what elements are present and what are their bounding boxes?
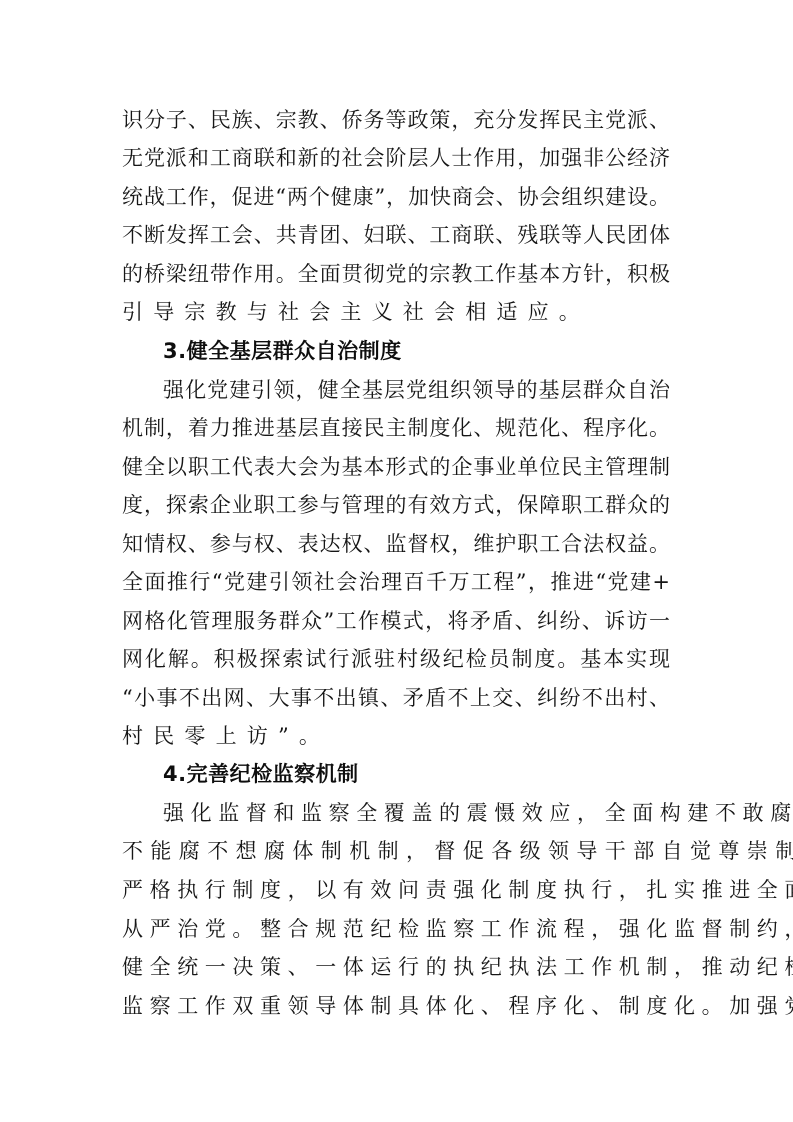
paragraph-line: 不能腐不想腐体制机制，督促各级领导干部自觉尊崇制度、 — [122, 836, 793, 866]
paragraph-line: 机制，着力推进基层直接民主制度化、规范化、程序化。 — [122, 413, 670, 443]
paragraph-line: 识分子、民族、宗教、侨务等政策，充分发挥民主党派、 — [122, 105, 670, 135]
paragraph-line: 健全以职工代表大会为基本形式的企事业单位民主管理制 — [122, 452, 670, 482]
section-heading: 3.健全基层群众自治制度 — [163, 336, 402, 366]
paragraph-line: 无党派和工商联和新的社会阶层人士作用，加强非公经济 — [122, 143, 670, 173]
section-heading: 4.完善纪检监察机制 — [163, 759, 359, 789]
paragraph-line: 引导宗教与社会主义社会相适应。 — [122, 297, 590, 327]
paragraph-line: 严格执行制度，以有效问责强化制度执行，扎实推进全面 — [122, 875, 793, 905]
paragraph-line: 不断发挥工会、共青团、妇联、工商联、残联等人民团体 — [122, 220, 670, 250]
paragraph-line: 监察工作双重领导体制具体化、程序化、制度化。加强党 — [122, 991, 793, 1021]
paragraph-line: 强化监督和监察全覆盖的震慑效应，全面构建不敢腐 — [163, 798, 793, 828]
paragraph-line: 从严治党。整合规范纪检监察工作流程，强化监督制约， — [122, 914, 793, 944]
document-page: 识分子、民族、宗教、侨务等政策，充分发挥民主党派、 无党派和工商联和新的社会阶层… — [0, 0, 793, 1122]
paragraph-line: 网化解。积极探索试行派驻村级纪检员制度。基本实现 — [122, 644, 670, 674]
paragraph-line: 度，探索企业职工参与管理的有效方式，保障职工群众的 — [122, 490, 670, 520]
paragraph-line: 全面推行“党建引领社会治理百千万工程”，推进“党建+ — [122, 567, 670, 597]
paragraph-line: 强化党建引领，健全基层党组织领导的基层群众自治 — [163, 375, 670, 405]
paragraph-line: 统战工作，促进“两个健康”，加快商会、协会组织建设。 — [122, 182, 670, 212]
paragraph-line: 村民零上访”。 — [122, 721, 330, 751]
paragraph-line: “小事不出网、大事不出镇、矛盾不上交、纠纷不出村、 — [122, 683, 670, 713]
paragraph-line: 网格化管理服务群众”工作模式，将矛盾、纠纷、诉访一 — [122, 606, 670, 636]
paragraph-line: 知情权、参与权、表达权、监督权，维护职工合法权益。 — [122, 529, 670, 559]
paragraph-line: 的桥梁纽带作用。全面贯彻党的宗教工作基本方针，积极 — [122, 259, 670, 289]
paragraph-line: 健全统一决策、一体运行的执纪执法工作机制，推动纪检 — [122, 952, 793, 982]
